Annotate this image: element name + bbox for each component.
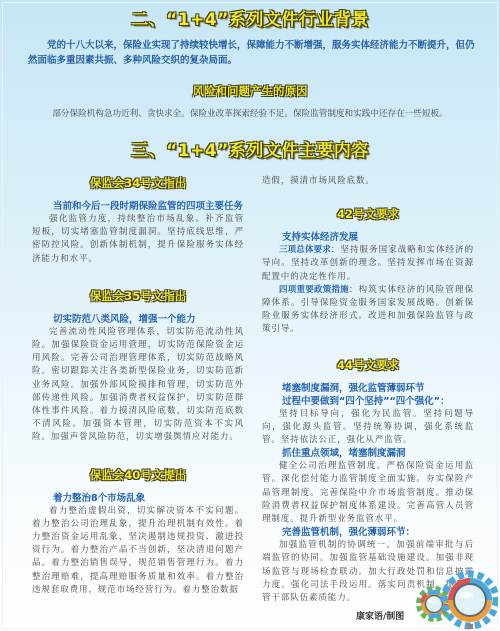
doc44-heading: 堵塞制度漏洞，强化监管薄弱环节: [262, 382, 474, 395]
doc44-sub3-heading: 完善监管机制，强化薄弱环节：: [262, 526, 474, 539]
section2-intro: 党的十八大以来，保险业实现了持续较快增长，保障能力不断增强，服务实体经济能力不断…: [28, 38, 478, 68]
doc34-badge: 保监会34号文指出: [32, 175, 244, 191]
doc42-sub2: 四项重要政策措施：构筑实体经济的风险管理保障体系。引导保险资金服务国家发展战略。…: [262, 284, 474, 337]
doc42-badge: 42号文要求: [262, 206, 474, 222]
section3-title: 三、“1+4”系列文件主要内容: [0, 136, 500, 161]
doc44-sub1-text: 坚持目标导向，强化为民监管。坚持问题导向，强化源头监管。坚持统筹协调，强化系统监…: [262, 408, 474, 448]
cause-badge: 风险和问题产生的原因: [0, 83, 500, 99]
doc44-badge: 44号文要求: [262, 357, 474, 373]
doc42-sub1-label: 三项总体要求: [279, 245, 331, 255]
doc34-heading: 当前和今后一段时期保险监管的四项主要任务: [32, 200, 244, 213]
doc42-sub2-label: 四项重要政策措施: [279, 285, 349, 295]
doc44-sub2-text: 健全公司治理监管制度。严格保险资金运用监管。深化偿付能力监管制度全面实施。夯实保…: [262, 460, 474, 526]
doc40-text: 着力整治虚假出资，切实解决资本不实问题。着力整治公司治理乱象，提升治理机制有效性…: [32, 505, 244, 597]
doc40-heading: 着力整治8个市场乱象: [32, 492, 244, 505]
doc35-heading: 切实防范八类风险，增强一个能力: [32, 313, 244, 326]
cause-text: 部分保险机构急功近利、贪快求全。保险业改革探索经验不足。保险监管制度和实践中还存…: [0, 107, 500, 119]
author-credit: 康家语/制图: [356, 609, 404, 622]
section2-title: 二、“1+4”系列文件行业背景: [0, 5, 500, 30]
right-column: 造假，摸清市场风险底数。 42号文要求 支持实体经济发展 三项总体要求：坚持服务…: [262, 175, 474, 605]
doc44-sub1-heading: 过程中要做到“四个坚持”“四个强化”：: [262, 395, 474, 408]
doc42-sub1: 三项总体要求：坚持服务国家战略和实体经济的导向。坚持改革创新的理念。坚持发挥市场…: [262, 244, 474, 284]
gears-icon: [412, 570, 498, 630]
doc42-heading: 支持实体经济发展: [262, 231, 474, 244]
doc44-sub2-heading: 抓住重点领域，堵塞制度漏洞: [262, 447, 474, 460]
doc40-text-continued: 造假，摸清市场风险底数。: [262, 175, 474, 188]
left-column: 保监会34号文指出 当前和今后一段时期保险监管的四项主要任务 强化监管力度，持续…: [32, 175, 244, 597]
doc40-badge: 保监会40号文提出: [32, 467, 244, 483]
doc35-badge: 保监会35号文指出: [32, 288, 244, 304]
doc34-text: 强化监管力度，持续整治市场乱象。补齐监管短板，切实堵塞监管制度漏洞。坚持底线思维…: [32, 213, 244, 266]
doc35-text: 完善流动性风险管理体系，切实防范流动性风险。加强保险资金运用管理，切实防范保险资…: [32, 326, 244, 445]
